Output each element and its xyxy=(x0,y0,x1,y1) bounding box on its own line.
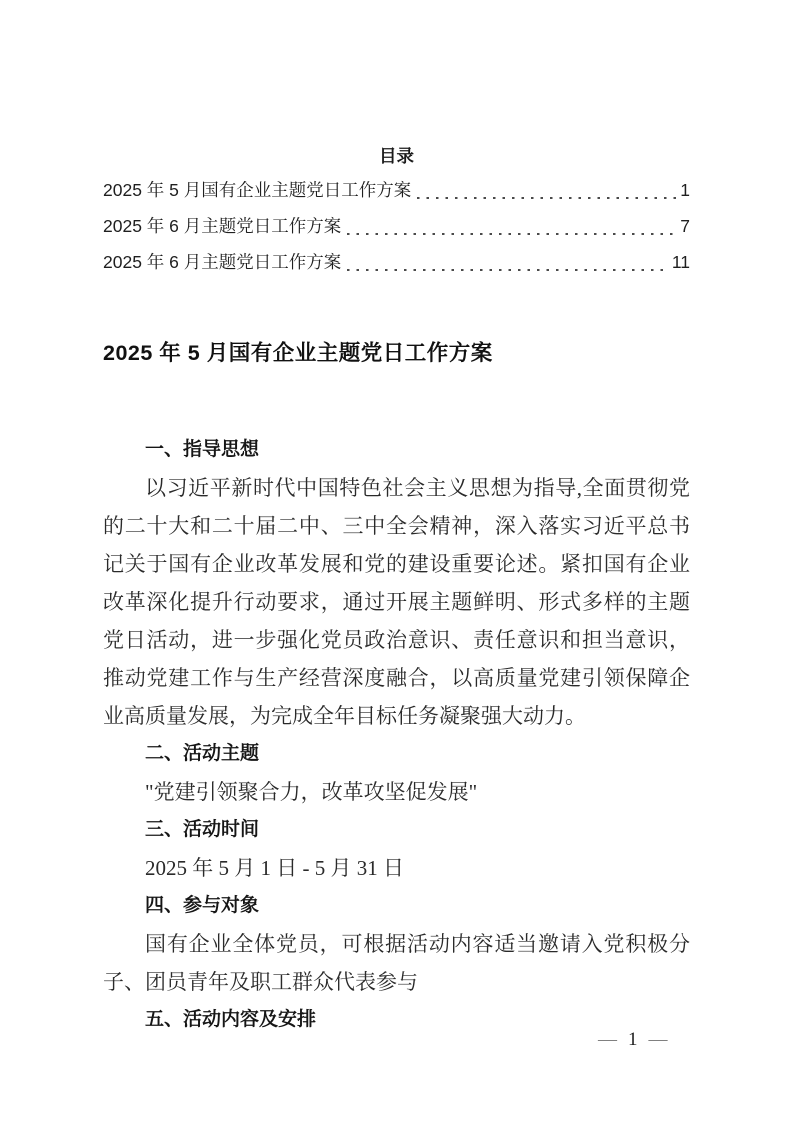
footer-dash-right: — xyxy=(649,1029,668,1051)
section-heading: 三、活动时间 xyxy=(103,811,690,849)
toc-dot-leader xyxy=(347,244,669,280)
section-heading: 四、参与对象 xyxy=(103,887,690,925)
section-participants: 四、参与对象 国有企业全体党员，可根据活动内容适当邀请入党积极分子、团员青年及职… xyxy=(103,887,690,1001)
table-of-contents: 目录 2025 年 5 月国有企业主题党日工作方案 1 2025 年 6 月主题… xyxy=(103,146,690,280)
section-paragraph: 2025 年 5 月 1 日 - 5 月 31 日 xyxy=(103,849,690,887)
section-activity-theme: 二、活动主题 "党建引领聚合力，改革攻坚促发展" xyxy=(103,735,690,811)
toc-entry[interactable]: 2025 年 5 月国有企业主题党日工作方案 1 xyxy=(103,172,690,208)
toc-dot-leader xyxy=(347,208,677,244)
page-content: 目录 2025 年 5 月国有企业主题党日工作方案 1 2025 年 6 月主题… xyxy=(0,146,793,1039)
toc-entry[interactable]: 2025 年 6 月主题党日工作方案 11 xyxy=(103,244,690,280)
document-title: 2025 年 5 月国有企业主题党日工作方案 xyxy=(103,340,690,367)
footer-dash-left: — xyxy=(598,1029,617,1051)
document-sections: 一、指导思想 以习近平新时代中国特色社会主义思想为指导,全面贯彻党的二十大和二十… xyxy=(103,431,690,1039)
section-paragraph: 国有企业全体党员，可根据活动内容适当邀请入党积极分子、团员青年及职工群众代表参与 xyxy=(103,925,690,1001)
toc-entry[interactable]: 2025 年 6 月主题党日工作方案 7 xyxy=(103,208,690,244)
toc-entry-page-number: 7 xyxy=(680,208,690,244)
section-paragraph: "党建引领聚合力，改革攻坚促发展" xyxy=(103,773,690,811)
toc-entry-label: 2025 年 5 月国有企业主题党日工作方案 xyxy=(103,172,411,208)
toc-entry-page-number: 11 xyxy=(672,244,690,280)
section-paragraph: 以习近平新时代中国特色社会主义思想为指导,全面贯彻党的二十大和二十届二中、三中全… xyxy=(103,469,690,735)
toc-title: 目录 xyxy=(103,146,690,166)
section-activity-time: 三、活动时间 2025 年 5 月 1 日 - 5 月 31 日 xyxy=(103,811,690,887)
toc-entry-label: 2025 年 6 月主题党日工作方案 xyxy=(103,244,341,280)
toc-entry-label: 2025 年 6 月主题党日工作方案 xyxy=(103,208,341,244)
page-footer: — 1 — xyxy=(598,1029,668,1051)
toc-list: 2025 年 5 月国有企业主题党日工作方案 1 2025 年 6 月主题党日工… xyxy=(103,172,690,280)
footer-page-number: 1 xyxy=(628,1029,638,1051)
section-guiding-thought: 一、指导思想 以习近平新时代中国特色社会主义思想为指导,全面贯彻党的二十大和二十… xyxy=(103,431,690,735)
section-heading: 二、活动主题 xyxy=(103,735,690,773)
toc-dot-leader xyxy=(417,172,677,208)
document-page: 目录 2025 年 5 月国有企业主题党日工作方案 1 2025 年 6 月主题… xyxy=(0,0,793,1122)
toc-entry-page-number: 1 xyxy=(680,172,690,208)
section-heading: 一、指导思想 xyxy=(103,431,690,469)
